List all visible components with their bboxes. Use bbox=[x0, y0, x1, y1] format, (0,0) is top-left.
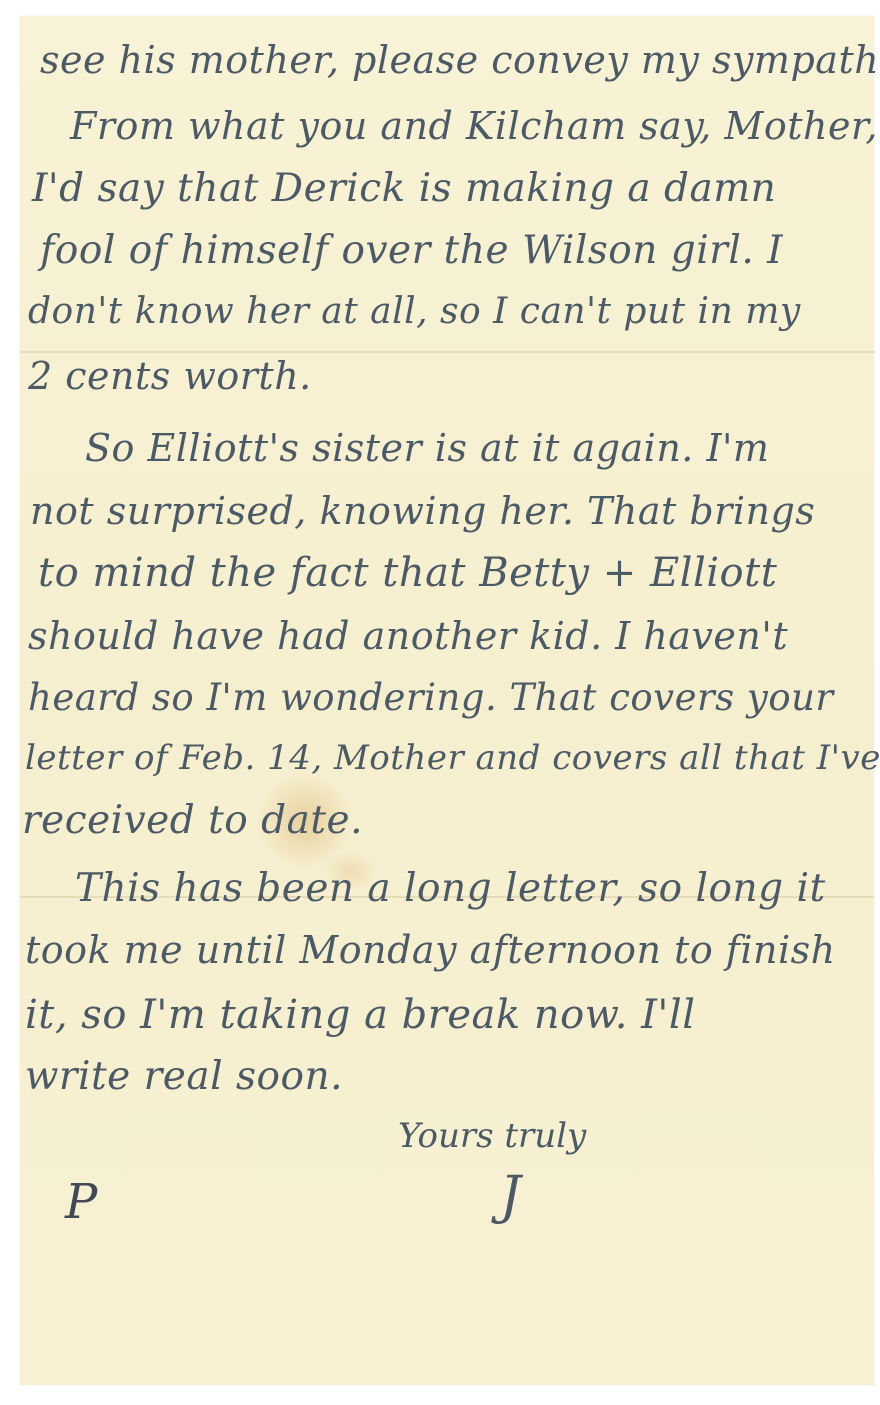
letter-page: see his mother, please convey my sympath… bbox=[20, 16, 874, 1385]
letter-line: This has been a long letter, so long it bbox=[75, 866, 826, 911]
margin-mark: P bbox=[65, 1174, 97, 1230]
letter-line: From what you and Kilcham say, Mother, bbox=[70, 104, 878, 148]
signature: J bbox=[500, 1166, 521, 1226]
letter-line: not surprised, knowing her. That brings bbox=[30, 489, 815, 533]
letter-line: to mind the fact that Betty + Elliott bbox=[38, 550, 777, 596]
letter-line: received to date. bbox=[22, 798, 363, 843]
letter-line: took me until Monday afternoon to finish bbox=[25, 928, 836, 972]
letter-line: 2 cents worth. bbox=[28, 354, 312, 398]
letter-line: So Elliott's sister is at it again. I'm bbox=[85, 426, 769, 470]
letter-line: see his mother, please convey my sympath… bbox=[40, 38, 880, 82]
letter-line: I'd say that Derick is making a damn bbox=[32, 166, 776, 211]
letter-line: fool of himself over the Wilson girl. I bbox=[40, 228, 783, 273]
letter-line: should have had another kid. I haven't bbox=[28, 614, 788, 658]
paper-fold-line bbox=[20, 351, 874, 353]
letter-line: letter of Feb. 14, Mother and covers all… bbox=[25, 738, 880, 778]
letter-line: write real soon. bbox=[25, 1054, 343, 1099]
letter-line: don't know her at all, so I can't put in… bbox=[28, 291, 801, 332]
letter-line: heard so I'm wondering. That covers your bbox=[28, 676, 834, 719]
letter-line: it, so I'm taking a break now. I'll bbox=[25, 992, 696, 1038]
letter-closing: Yours truly bbox=[398, 1116, 586, 1156]
